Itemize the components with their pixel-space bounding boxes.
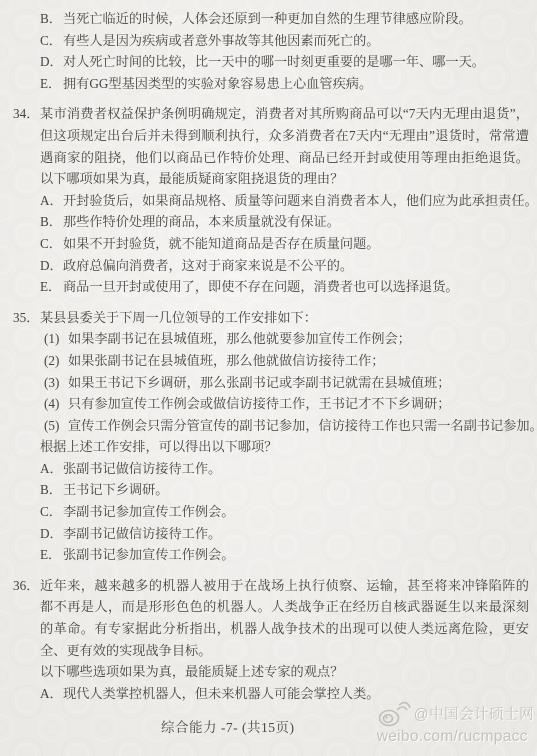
option-text: 李副书记做信访接待工作。 bbox=[63, 523, 529, 545]
question-prompt: 根据上述工作安排，可以得出以下哪项？ bbox=[40, 436, 529, 458]
option-letter: E． bbox=[40, 276, 63, 298]
condition-row: (4) 只有参加宣传工作例会或做信访接待工作，王书记才不下乡调研； bbox=[40, 393, 529, 415]
question-number: 35． bbox=[13, 307, 40, 566]
option-letter: C． bbox=[40, 30, 63, 52]
condition-marker: (3) bbox=[44, 372, 68, 394]
option-row: D． 政府总偏向消费者，这对于商家来说是不公平的。 bbox=[40, 255, 529, 277]
option-text: 王书记下乡调研。 bbox=[63, 479, 529, 501]
stem-line: 都不再是人，而是形形色色的机器人。人类战争正在经历自核武器诞生以来最深刻 bbox=[40, 596, 529, 618]
option-letter: A． bbox=[40, 190, 63, 212]
scanned-exam-page: B． 当死亡临近的时候，人体会还原到一种更加自然的生理节律感应阶段。 C． 有些… bbox=[0, 0, 537, 756]
option-row: C． 如果不开封验货，就不能知道商品是否存在质量问题。 bbox=[40, 233, 529, 255]
stem-line: 某市消费者权益保护条例明确规定，消费者对其所购商品可以“7天内无理由退货”， bbox=[40, 103, 529, 125]
option-row: E． 商品一旦开封或使用了，即使不存在问题，消费者也可以选择退货。 bbox=[40, 276, 529, 298]
option-row: A． 开封验货后，如果商品规格、质量等问题来自消费者本人，他们应为此承担责任。 bbox=[40, 190, 529, 212]
stem-line: 但这项规定出台后并未得到顺利执行，众多消费者在7天内“无理由”退货时，常常遭 bbox=[40, 125, 529, 147]
watermark: @中国会计硕士网 weibo.com/rucmpacc bbox=[377, 698, 534, 746]
condition-marker: (2) bbox=[44, 350, 68, 372]
option-letter: D． bbox=[40, 523, 63, 545]
question-34: 34． 某市消费者权益保护条例明确规定，消费者对其所购商品可以“7天内无理由退货… bbox=[13, 103, 529, 297]
option-letter: A． bbox=[40, 683, 63, 705]
condition-text: 如果王书记下乡调研，那么张副书记或李副书记就需在县城值班； bbox=[68, 372, 450, 394]
condition-marker: (5) bbox=[44, 415, 68, 437]
stem-line: 的革命。有专家据此分析指出，机器人战争技术的出现可以使人类远离危险，更安 bbox=[40, 618, 529, 640]
option-row: D． 对人死亡时间的比较，比一天中的哪一时刻更重要的是哪一年、哪一天。 bbox=[40, 51, 529, 73]
option-letter: C． bbox=[40, 233, 63, 255]
question-prompt: 以下哪项如果为真，最能质疑商家阻挠退货的理由？ bbox=[40, 168, 529, 190]
carryover-options: B． 当死亡临近的时候，人体会还原到一种更加自然的生理节律感应阶段。 C． 有些… bbox=[40, 8, 529, 94]
option-row: B． 当死亡临近的时候，人体会还原到一种更加自然的生理节律感应阶段。 bbox=[40, 8, 529, 30]
watermark-handle: @中国会计硕士网 bbox=[414, 703, 534, 724]
option-letter: C． bbox=[40, 501, 63, 523]
condition-text: 如果张副书记在县城值班，那么他就做信访接待工作； bbox=[68, 350, 385, 372]
option-letter: D． bbox=[40, 255, 63, 277]
question-number: 34． bbox=[13, 103, 40, 297]
option-text: 张副书记参加宣传工作例会。 bbox=[63, 544, 529, 566]
stem-line: 遇商家的阻挠，他们以商品已作特价处理、商品已经开封或使用等理由拒绝退货。 bbox=[40, 147, 529, 169]
option-text: 政府总偏向消费者，这对于商家来说是不公平的。 bbox=[63, 255, 529, 277]
condition-row: (2) 如果张副书记在县城值班，那么他就做信访接待工作； bbox=[40, 350, 529, 372]
condition-row: (3) 如果王书记下乡调研，那么张副书记或李副书记就需在县城值班； bbox=[40, 372, 529, 394]
option-text: 开封验货后，如果商品规格、质量等问题来自消费者本人，他们应为此承担责任。 bbox=[63, 190, 529, 212]
option-letter: B． bbox=[40, 211, 63, 233]
stem-line: 全、更有效的实现战争目标。 bbox=[40, 640, 529, 662]
option-letter: B． bbox=[40, 8, 63, 30]
question-prompt: 以下哪些选项如果为真，最能质疑上述专家的观点？ bbox=[40, 661, 529, 683]
question-number: 36． bbox=[13, 575, 40, 705]
option-text: 当死亡临近的时候，人体会还原到一种更加自然的生理节律感应阶段。 bbox=[63, 8, 529, 30]
condition-text: 如果李副书记在县城值班，那么他就要参加宣传工作例会； bbox=[68, 328, 411, 350]
option-row: B． 那些作特价处理的商品，本来质量就没有保证。 bbox=[40, 211, 529, 233]
option-text: 拥有GG型基因类型的实验对象容易患上心血管疾病。 bbox=[63, 73, 529, 95]
condition-text: 只有参加宣传工作例会或做信访接待工作，王书记才不下乡调研； bbox=[68, 393, 450, 415]
option-text: 张副书记做信访接待工作。 bbox=[63, 458, 529, 480]
option-letter: D． bbox=[40, 51, 63, 73]
option-text: 对人死亡时间的比较，比一天中的哪一时刻更重要的是哪一年、哪一天。 bbox=[63, 51, 529, 73]
option-row: C． 李副书记参加宣传工作例会。 bbox=[40, 501, 529, 523]
condition-text: 宣传工作例会只需分管宣传的副书记参加，信访接待工作也只需一名副书记参加。 bbox=[68, 415, 537, 437]
page-footer: 综合能力 -7- (共15页) bbox=[161, 716, 294, 736]
option-row: B． 王书记下乡调研。 bbox=[40, 479, 529, 501]
condition-row: (5) 宣传工作例会只需分管宣传的副书记参加，信访接待工作也只需一名副书记参加。 bbox=[40, 415, 529, 437]
question-36: 36． 近年来，越来越多的机器人被用于在战场上执行侦察、运输，甚至将来冲锋陷阵的… bbox=[13, 575, 529, 705]
option-letter: A． bbox=[40, 458, 63, 480]
option-letter: E． bbox=[40, 544, 63, 566]
option-letter: E． bbox=[40, 73, 63, 95]
condition-marker: (4) bbox=[44, 393, 68, 415]
option-letter: B． bbox=[40, 479, 63, 501]
option-row: E． 张副书记参加宣传工作例会。 bbox=[40, 544, 529, 566]
option-row: E． 拥有GG型基因类型的实验对象容易患上心血管疾病。 bbox=[40, 73, 529, 95]
option-text: 商品一旦开封或使用了，即使不存在问题，消费者也可以选择退货。 bbox=[63, 276, 529, 298]
condition-marker: (1) bbox=[44, 328, 68, 350]
watermark-url: weibo.com/rucmpacc bbox=[377, 728, 534, 746]
option-row: A． 张副书记做信访接待工作。 bbox=[40, 458, 529, 480]
option-text: 李副书记参加宣传工作例会。 bbox=[63, 501, 529, 523]
option-row: C． 有些人是因为疾病或者意外事故等其他因素而死亡的。 bbox=[40, 30, 529, 52]
condition-row: (1) 如果李副书记在县城值班，那么他就要参加宣传工作例会； bbox=[40, 328, 529, 350]
exam-text-content: B． 当死亡临近的时候，人体会还原到一种更加自然的生理节律感应阶段。 C． 有些… bbox=[13, 8, 529, 704]
stem-line: 近年来，越来越多的机器人被用于在战场上执行侦察、运输，甚至将来冲锋陷阵的 bbox=[40, 575, 529, 597]
question-35: 35． 某县县委关于下周一几位领导的工作安排如下： (1) 如果李副书记在县城值… bbox=[13, 307, 529, 566]
weibo-icon bbox=[377, 698, 411, 728]
option-row: D． 李副书记做信访接待工作。 bbox=[40, 523, 529, 545]
option-text: 那些作特价处理的商品，本来质量就没有保证。 bbox=[63, 211, 529, 233]
stem-line: 某县县委关于下周一几位领导的工作安排如下： bbox=[40, 307, 529, 329]
option-text: 如果不开封验货，就不能知道商品是否存在质量问题。 bbox=[63, 233, 529, 255]
option-text: 有些人是因为疾病或者意外事故等其他因素而死亡的。 bbox=[63, 30, 529, 52]
